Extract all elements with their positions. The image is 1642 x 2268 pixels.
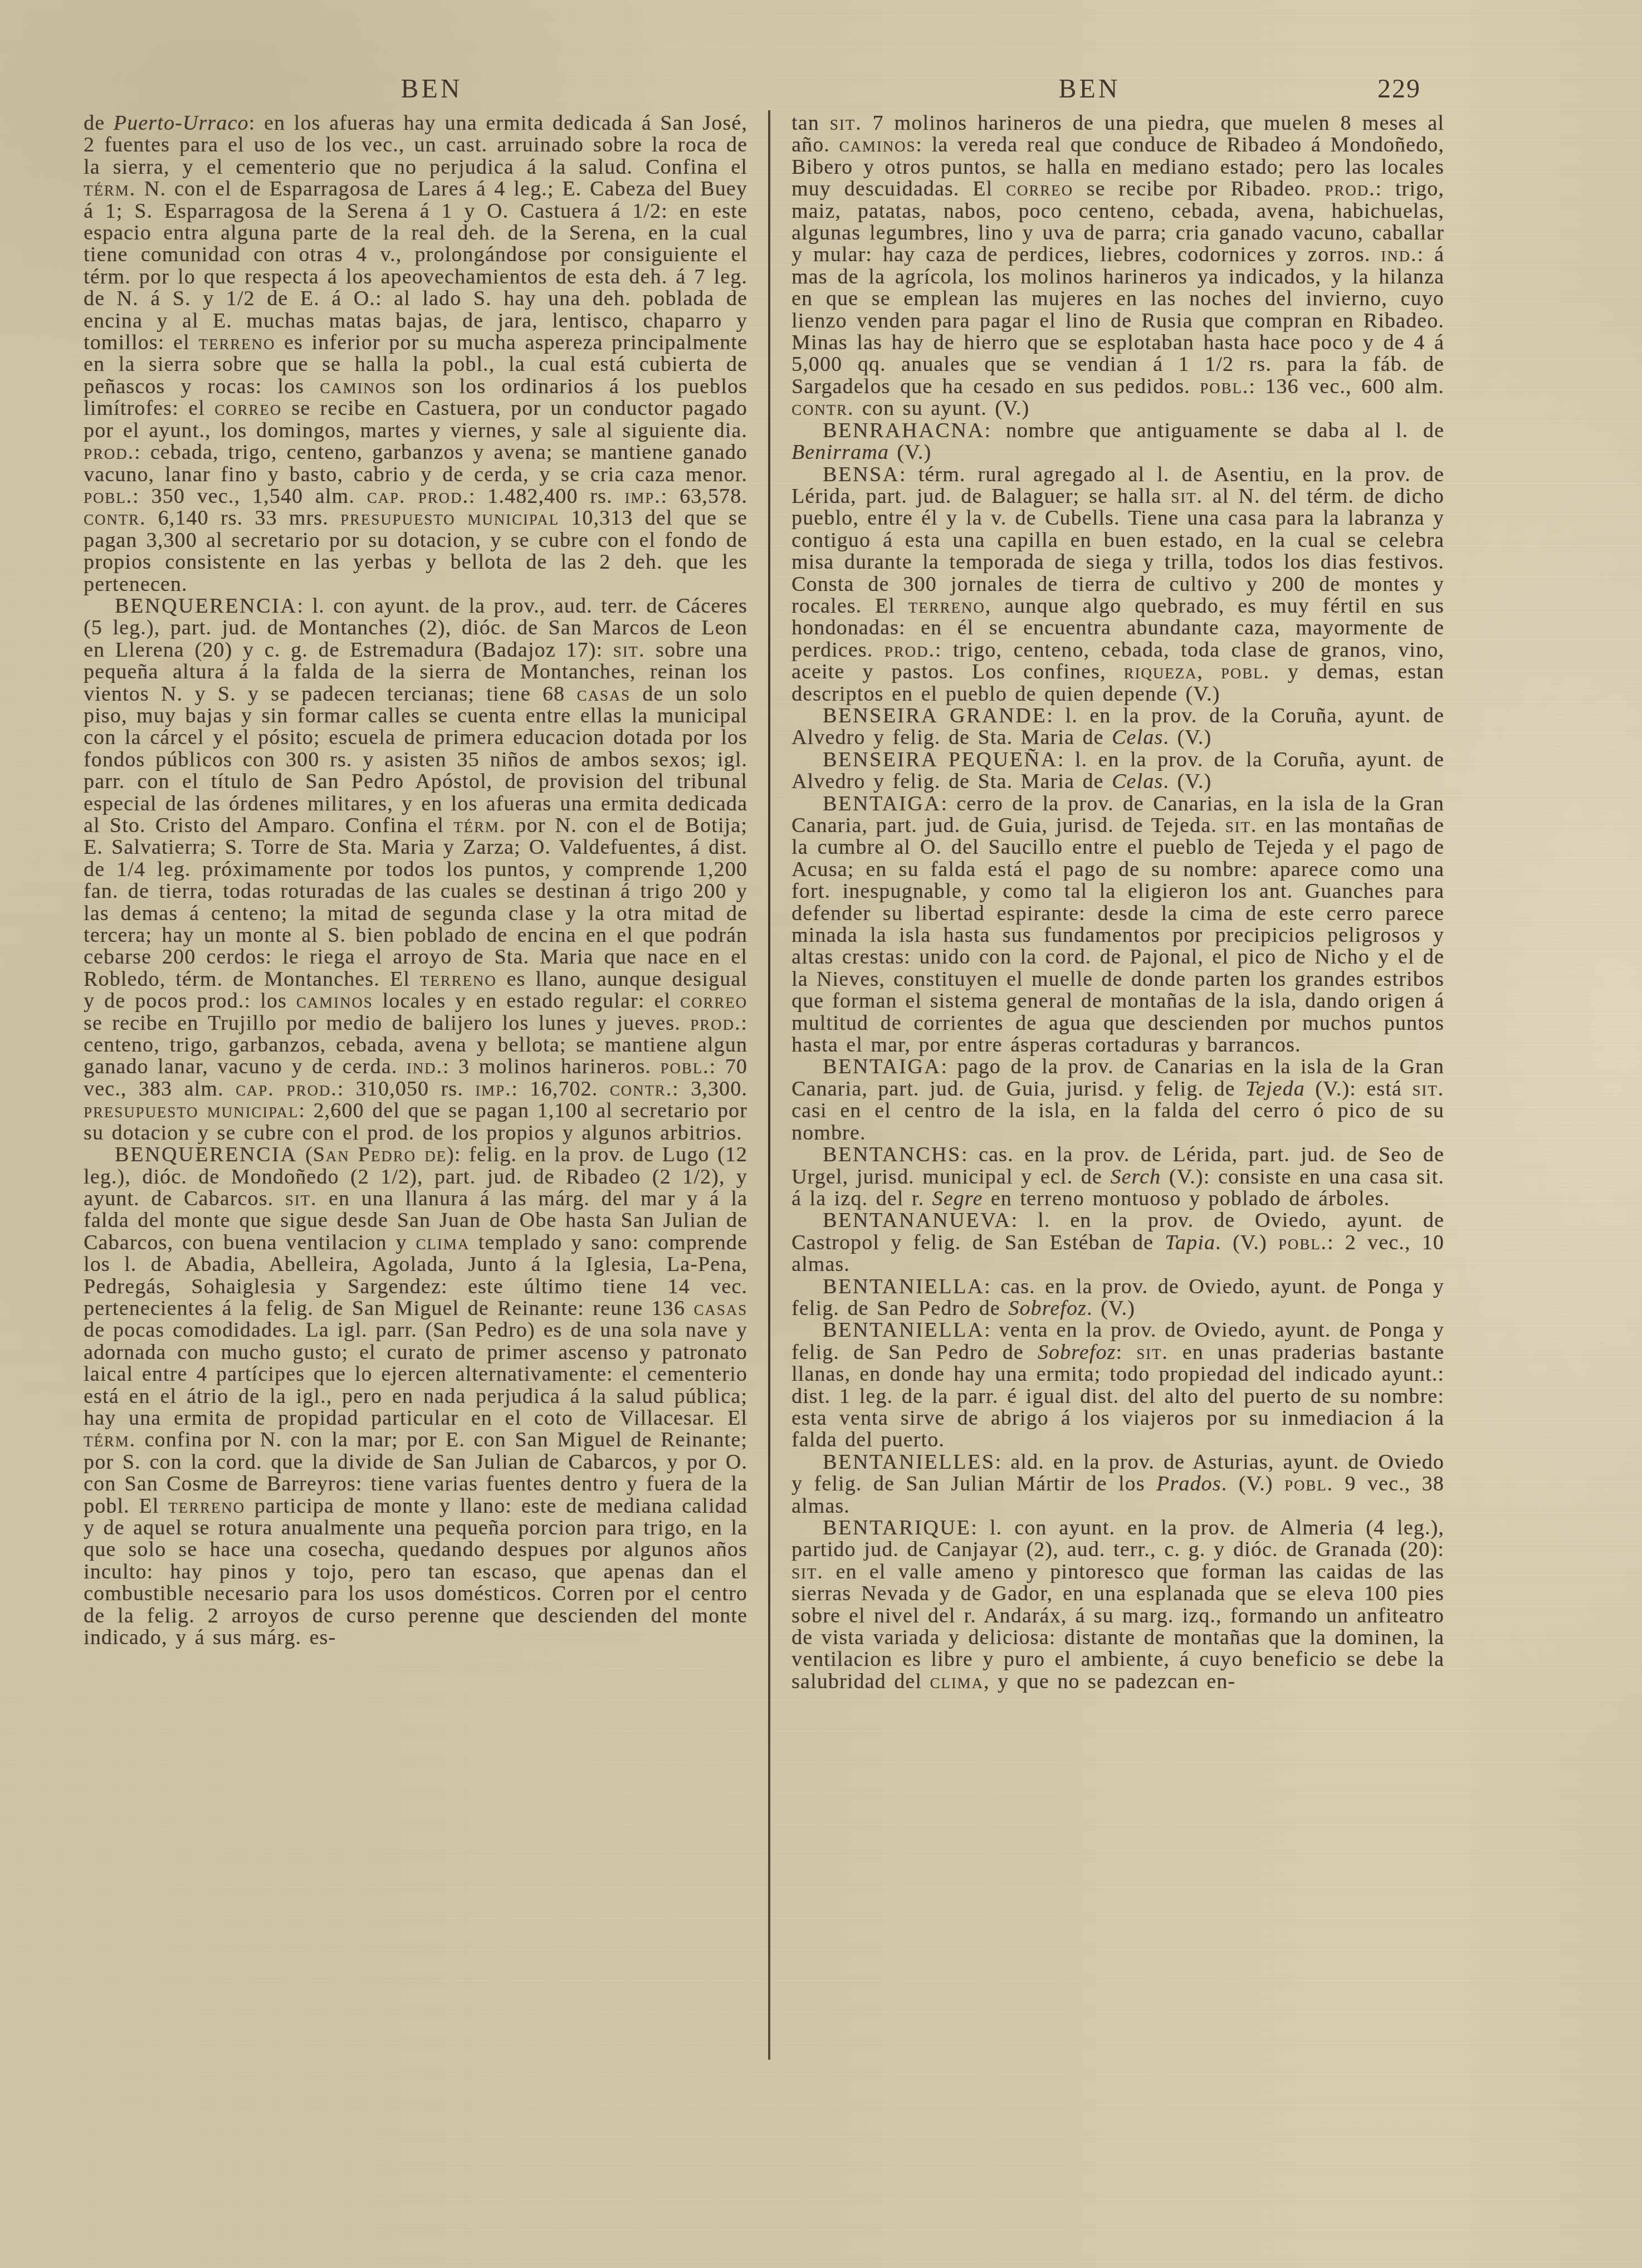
entry-bentanchs: BENTANCHS: cas. en la prov. de Lérida, p… (791, 1144, 1444, 1210)
page-number: 229 (1377, 74, 1421, 104)
column-right: tan sit. 7 molinos harineros de una pied… (791, 113, 1444, 1693)
column-left: de Puerto-Urraco: en los afueras hay una… (84, 113, 747, 1649)
entry-benquerencia-san-pedro-de-continuation: tan sit. 7 molinos harineros de una pied… (791, 113, 1444, 420)
entry-benrahacna: BENRAHACNA: nombre que antiguamente se d… (791, 420, 1444, 464)
entry-benquerencia-san-pedro-de: BENQUERENCIA (San Pedro de): felig. en l… (84, 1144, 747, 1649)
column-divider-rule (768, 110, 770, 2060)
entry-benseira-pequena: BENSEIRA PEQUEÑA: l. en la prov. de la C… (791, 749, 1444, 793)
entry-benquerencia: BENQUERENCIA: l. con ayunt. de la prov.,… (84, 595, 747, 1144)
entry-bentaiga-cerro: BENTAIGA: cerro de la prov. de Canarias,… (791, 793, 1444, 1057)
scanned-dictionary-page: BEN BEN 229 de Puerto-Urraco: en los afu… (0, 0, 1642, 2268)
entry-bentaiga-pago: BENTAIGA: pago de la prov. de Canarias e… (791, 1056, 1444, 1144)
entry-bentananueva: BENTANANUEVA: l. en la prov. de Oviedo, … (791, 1210, 1444, 1275)
entry-benseira-grande: BENSEIRA GRANDE: l. en la prov. de la Co… (791, 705, 1444, 749)
entry-bentarique: BENTARIQUE: l. con ayunt. en la prov. de… (791, 1517, 1444, 1693)
entry-bentaniella-cas: BENTANIELLA: cas. en la prov. de Oviedo,… (791, 1276, 1444, 1320)
entry-bentanielles: BENTANIELLES: ald. en la prov. de Asturi… (791, 1451, 1444, 1517)
entry-bensa: BENSA: térm. rural agregado al l. de Ase… (791, 464, 1444, 705)
entry-puerto-urraco-continuation: de Puerto-Urraco: en los afueras hay una… (84, 113, 747, 595)
running-head-left: BEN (401, 74, 463, 104)
running-head-right: BEN (1059, 74, 1121, 104)
entry-bentaniella-venta: BENTANIELLA: venta en la prov. de Oviedo… (791, 1319, 1444, 1451)
